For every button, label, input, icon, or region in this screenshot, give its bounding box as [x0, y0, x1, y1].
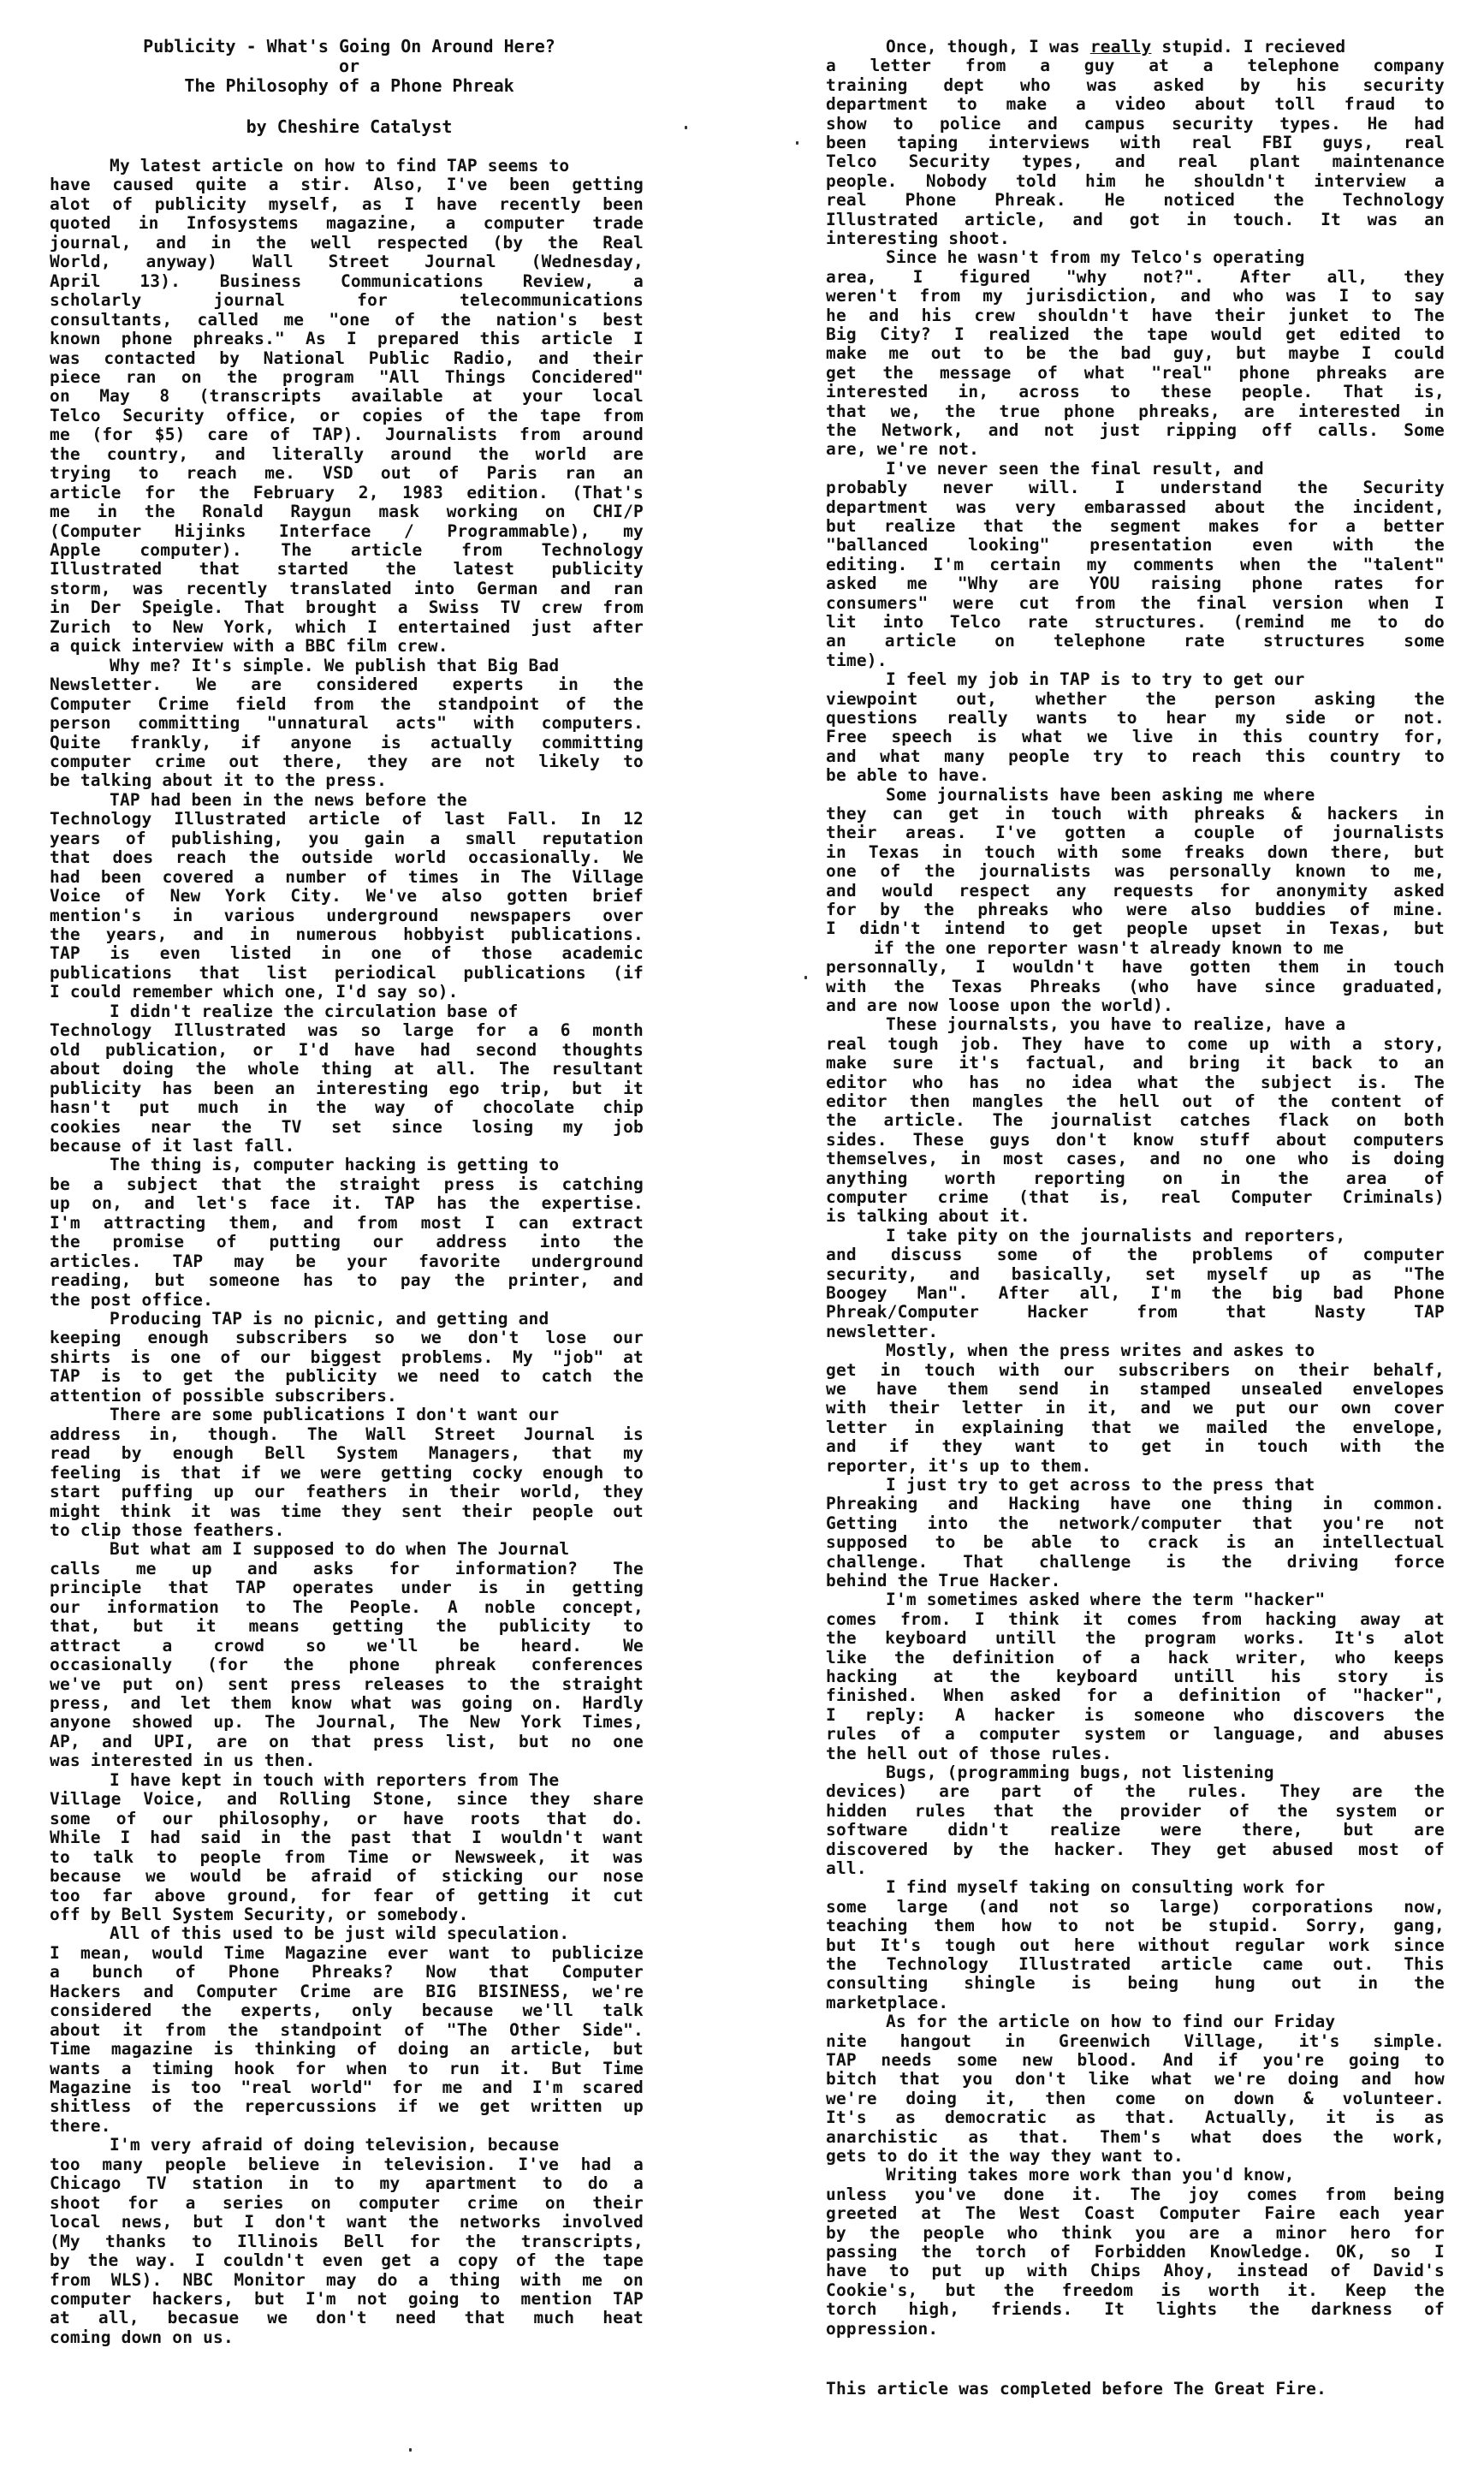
text-line: the country, and literally around the wo… — [50, 445, 644, 464]
text-line: interested in, across to these people. T… — [826, 383, 1445, 401]
text-line: consulting shingle is being hung out in … — [826, 1974, 1445, 1993]
text-line: These journalsts, you have to realize, h… — [826, 1015, 1445, 1034]
text-line: journal, and in the well respected (by t… — [50, 234, 644, 253]
text-line: passing the torch of Forbidden Knowledge… — [826, 2243, 1445, 2262]
text-line: mention's in various underground newspap… — [50, 907, 644, 925]
text-line: time). — [826, 651, 1445, 670]
text-line: cookies near the TV set since losing my … — [50, 1118, 644, 1137]
text-line: (My thanks to Illinois Bell for the tran… — [50, 2232, 644, 2251]
text-line: Telco Security office, or copies of the … — [50, 407, 644, 425]
text-line: Producing TAP is no picnic, and getting … — [50, 1310, 644, 1329]
text-line: Village Voice, and Rolling Stone, since … — [50, 1790, 644, 1809]
text-line: by the way. I couldn't even get a copy o… — [50, 2251, 644, 2270]
text-line: April 13). Business Communications Revie… — [50, 272, 644, 291]
text-line: some large (and not so large) corporatio… — [826, 1898, 1445, 1917]
text-line: bitch that you don't like what we're doi… — [826, 2070, 1445, 2089]
text-line: Time magazine is thinking of doing an ar… — [50, 2040, 644, 2059]
text-line: in Der Speigle. That brought a Swiss TV … — [50, 598, 644, 617]
text-line: area, I figured "why not?". After all, t… — [826, 268, 1445, 287]
text-line: I just try to get across to the press th… — [826, 1476, 1445, 1495]
text-line: that, but it means getting the publicity… — [50, 1617, 644, 1636]
text-line: from WLS). NBC Monitor may do a thing wi… — [50, 2271, 644, 2290]
text-line: computer crime (that is, real Computer C… — [826, 1188, 1445, 1207]
text-line: training dept who was asked by his secur… — [826, 76, 1445, 95]
text-line: scholarly journal for telecommunications — [50, 291, 644, 310]
text-line: me in the Ronald Raygun mask working on … — [50, 502, 644, 521]
text-line: the Network, and not just ripping off ca… — [826, 421, 1445, 440]
text-line: that we, the true phone phreaks, are int… — [826, 402, 1445, 421]
text-line: Illustrated article, and got in touch. I… — [826, 211, 1445, 229]
text-line: editor then mangles the hell out of the … — [826, 1092, 1445, 1111]
text-line: be talking about it to the press. — [50, 771, 644, 790]
text-line: attract a crowd so we'll be heard. We — [50, 1637, 644, 1656]
text-line: and if they want to get in touch with th… — [826, 1437, 1445, 1456]
text-line: calls me up and asks for information? Th… — [50, 1560, 644, 1578]
text-line: hidden rules that the provider of the sy… — [826, 1802, 1445, 1821]
text-line: address in, though. The Wall Street Jour… — [50, 1425, 644, 1444]
text-line: viewpoint out, whether the person asking… — [826, 690, 1445, 709]
text-line: and discuss some of the problems of comp… — [826, 1245, 1445, 1264]
text-line: are, we're not. — [826, 440, 1445, 459]
text-line: While I had said in the past that I woul… — [50, 1828, 644, 1847]
text-line: a bunch of Phone Phreaks? Now that Compu… — [50, 1963, 644, 1982]
text-line: TAP is to get the publicity we need to c… — [50, 1367, 644, 1386]
text-line: off by Bell System Security, or somebody… — [50, 1905, 644, 1924]
text-line: Getting into the network/computer that y… — [826, 1514, 1445, 1533]
text-line: World, anyway) Wall Street Journal (Wedn… — [50, 253, 644, 271]
text-line: Big City? I realized the tape would get … — [826, 325, 1445, 344]
text-line: I find myself taking on consulting work … — [826, 1878, 1445, 1897]
text-line: shirts is one of our biggest problems. M… — [50, 1348, 644, 1367]
text-line: get in touch with our subscribers on the… — [826, 1361, 1445, 1380]
text-line: AP, and UPI, are on that press list, but… — [50, 1733, 644, 1751]
text-line: unless you've done it. The joy comes fro… — [826, 2185, 1445, 2204]
text-line: department was very embarassed about the… — [826, 498, 1445, 517]
text-line: My latest article on how to find TAP see… — [50, 157, 644, 175]
text-line: computer crime out there, they are not l… — [50, 752, 644, 771]
text-line: torch high, friends. It lights the darkn… — [826, 2300, 1445, 2319]
text-line: he and his crew shouldn't have their jun… — [826, 306, 1445, 325]
article-title-or: or — [118, 56, 580, 76]
text-line: consultants, called me "one of the natio… — [50, 311, 644, 330]
text-line: Quite frankly, if anyone is actually com… — [50, 734, 644, 752]
text-line: Once, though, I was really stupid. I rec… — [826, 38, 1445, 56]
text-line: sides. These guys don't know stuff about… — [826, 1131, 1445, 1150]
text-line: weren't from my jurisdiction, and who wa… — [826, 287, 1445, 306]
text-line: been taping interviews with real FBI guy… — [826, 134, 1445, 152]
text-line: themselves, in most cases, and no one wh… — [826, 1150, 1445, 1168]
text-line: oppression. — [826, 2320, 1445, 2339]
text-line: Technology Illustrated was so large for … — [50, 1021, 644, 1040]
text-line: Voice of New York City. We've also gotte… — [50, 887, 644, 906]
text-line: editing. I'm certain my comments when th… — [826, 556, 1445, 574]
text-line: As for the article on how to find our Fr… — [826, 2012, 1445, 2031]
text-line: Bugs, (programming bugs, not listening — [826, 1763, 1445, 1782]
text-line: nite hangout in Greenwich Village, it's … — [826, 2032, 1445, 2051]
text-line: Some journalists have been asking me whe… — [826, 786, 1445, 805]
text-line: Writing takes more work than you'd know, — [826, 2166, 1445, 2185]
text-line: Technology Illustrated article of last F… — [50, 810, 644, 829]
text-line: TAP needs some new blood. And if you're … — [826, 2051, 1445, 2070]
text-line: editor who has no idea what the subject … — [826, 1073, 1445, 1092]
text-line: I have kept in touch with reporters from… — [50, 1771, 644, 1790]
text-line: articles. TAP may be your favorite under… — [50, 1252, 644, 1271]
text-line: Chicago TV station in to my apartment to… — [50, 2174, 644, 2193]
text-line: I reply: A hacker is someone who discove… — [826, 1706, 1445, 1725]
text-line: but realize that the segment makes for a… — [826, 517, 1445, 536]
text-line: Newsletter. We are considered experts in… — [50, 675, 644, 694]
text-line: keeping enough subscribers so we don't l… — [50, 1329, 644, 1347]
text-line: old publication, or I'd have had second … — [50, 1041, 644, 1060]
text-line: have caused quite a stir. Also, I've bee… — [50, 175, 644, 194]
text-line: discovered by the hacker. They get abuse… — [826, 1840, 1445, 1859]
footer-note: This article was completed before The Gr… — [826, 2380, 1445, 2399]
scan-speck — [796, 141, 798, 145]
text-line: up on, and let's face it. TAP has the ex… — [50, 1194, 644, 1213]
text-line: challenge. That challenge is the driving… — [826, 1553, 1445, 1572]
text-line: Illustrated that started the latest publ… — [50, 560, 644, 579]
text-line: I'm sometimes asked where the term "hack… — [826, 1590, 1445, 1609]
text-line: person committing "unnatural acts" with … — [50, 714, 644, 733]
text-line: security, and basically, set myself up a… — [826, 1265, 1445, 1284]
text-line: (Computer Hijinks Interface / Programmab… — [50, 522, 644, 541]
text-line: at all, becasue we don't need that much … — [50, 2309, 644, 2327]
text-line: publications that list periodical public… — [50, 964, 644, 983]
text-line: I mean, would Time Magazine ever want to… — [50, 1944, 644, 1963]
text-line: read by enough Bell System Managers, tha… — [50, 1444, 644, 1463]
text-line: in Texas in touch with some freaks down … — [826, 843, 1445, 862]
text-line: one of the journalists was personally kn… — [826, 862, 1445, 881]
text-line: to clip those feathers. — [50, 1521, 644, 1540]
text-line: because of it last fall. — [50, 1137, 644, 1156]
text-line: letter in explaining that we mailed the … — [826, 1418, 1445, 1437]
text-line: for by the phreaks who were also buddies… — [826, 901, 1445, 919]
text-line: some of our philosophy, or have roots th… — [50, 1810, 644, 1828]
text-line: behind the True Hacker. — [826, 1572, 1445, 1590]
text-line: publicity has been an interesting ego tr… — [50, 1079, 644, 1098]
text-line: attention of possible subscribers. — [50, 1387, 644, 1406]
text-line: But what am I supposed to do when The Jo… — [50, 1540, 644, 1559]
text-line: There are some publications I don't want… — [50, 1406, 644, 1424]
text-line: quoted in Infosystems magazine, a comput… — [50, 214, 644, 233]
text-line: Why me? It's simple. We publish that Big… — [50, 657, 644, 675]
text-line: Computer Crime field from the standpoint… — [50, 695, 644, 714]
text-line: the post office. — [50, 1291, 644, 1310]
text-line: reading, but someone has to pay the prin… — [50, 1271, 644, 1290]
text-line: with their letter in it, and we put our … — [826, 1399, 1445, 1418]
text-line: the Technology Illustrated article came … — [826, 1955, 1445, 1974]
text-line: occasionally (for the phone phreak confe… — [50, 1656, 644, 1674]
text-line: TAP had been in the news before the — [50, 791, 644, 810]
text-line: questions really wants to hear my side o… — [826, 709, 1445, 728]
text-line: personnally, I wouldn't have gotten them… — [826, 958, 1445, 977]
text-line: article for the February 2, 1983 edition… — [50, 484, 644, 502]
text-line: like the definition of a hack writer, wh… — [826, 1649, 1445, 1667]
text-line: but It's tough out here without regular … — [826, 1936, 1445, 1955]
text-line: they can get in touch with phreaks & hac… — [826, 805, 1445, 823]
text-line: hacking at the keyboard untill his story… — [826, 1667, 1445, 1686]
text-line: known phone phreaks." As I prepared this… — [50, 330, 644, 348]
text-line: had been covered a number of times in Th… — [50, 868, 644, 887]
text-line: shitless of the repercussions if we get … — [50, 2097, 644, 2116]
text-line: show to police and campus security types… — [826, 115, 1445, 134]
text-line: Cookie's, but the freedom is worth it. K… — [826, 2281, 1445, 2300]
text-line: reporter, it's up to them. — [826, 1457, 1445, 1476]
text-line: real tough job. They have to come up wit… — [826, 1035, 1445, 1054]
text-line: storm, was recently translated into Germ… — [50, 580, 644, 598]
text-line: a quick interview with a BBC film crew. — [50, 637, 644, 656]
text-line: Phreak/Computer Hacker from that Nasty T… — [826, 1303, 1445, 1322]
text-line: rules of a computer system or language, … — [826, 1725, 1445, 1744]
text-line: shoot for a series on computer crime on … — [50, 2194, 644, 2213]
text-line: All of this used to be just wild specula… — [50, 1924, 644, 1943]
text-line: years of publishing, you gain a small re… — [50, 829, 644, 848]
text-line: asked me "Why are YOU raising phone rate… — [826, 574, 1445, 593]
text-line: an article on telephone rate structures … — [826, 632, 1445, 651]
text-line: about it from the standpoint of "The Oth… — [50, 2021, 644, 2040]
article-title-line2: The Philosophy of a Phone Phreak — [118, 75, 580, 96]
text-line: feeling is that if we were getting cocky… — [50, 1464, 644, 1483]
text-line: anyone showed up. The Journal, The New Y… — [50, 1713, 644, 1732]
text-line: make sure it's factual, and bring it bac… — [826, 1054, 1445, 1073]
article-byline: by Cheshire Catalyst — [118, 116, 580, 137]
text-line: lit into Telco rate structures. (remind … — [826, 613, 1445, 632]
text-line: the keyboard untill the program works. I… — [826, 1629, 1445, 1648]
text-line: teaching them how to not be stupid. Sorr… — [826, 1917, 1445, 1935]
text-line: all. — [826, 1859, 1445, 1878]
text-line: Boogey Man". After all, I'm the big bad … — [826, 1284, 1445, 1303]
text-line: marketplace. — [826, 1994, 1445, 2012]
text-line: newsletter. — [826, 1323, 1445, 1341]
text-line: It's as democratic as that. Actually, it… — [826, 2108, 1445, 2127]
text-line: that does reach the outside world occasi… — [50, 848, 644, 867]
text-line: piece ran on the program "All Things Con… — [50, 368, 644, 387]
text-line: me (for $5) care of TAP). Journalists fr… — [50, 425, 644, 444]
text-line: department to make a video about toll fr… — [826, 95, 1445, 114]
scan-speck — [409, 2448, 412, 2452]
text-line: and what many people try to reach this c… — [826, 747, 1445, 766]
text-line: a letter from a guy at a telephone compa… — [826, 56, 1445, 75]
text-line: gets to do it the way they want to. — [826, 2147, 1445, 2166]
text-line: I've never seen the final result, and — [826, 460, 1445, 479]
text-line: there. — [50, 2117, 644, 2136]
text-line: if the one reporter wasn't already known… — [826, 939, 1445, 958]
text-line: real Phone Phreak. He noticed the Techno… — [826, 191, 1445, 210]
text-line: have to put up with Chips Ahoy, instead … — [826, 2262, 1445, 2280]
text-line: is talking about it. — [826, 1207, 1445, 1226]
text-line: start puffing up our feathers in their w… — [50, 1483, 644, 1501]
text-line: computer hackers, but I'm not going to m… — [50, 2290, 644, 2309]
text-line: be a subject that the straight press is … — [50, 1175, 644, 1194]
text-line: on May 8 (transcripts available at your … — [50, 387, 644, 406]
text-line: I didn't intend to get people upset in T… — [826, 919, 1445, 938]
text-line: I'm very afraid of doing television, bec… — [50, 2136, 644, 2155]
text-line: Zurich to New York, which I entertained … — [50, 618, 644, 637]
text-line: software didn't realize were there, but … — [826, 1821, 1445, 1840]
text-line: make me out to be the bad guy, but maybe… — [826, 344, 1445, 363]
text-line: coming down on us. — [50, 2328, 644, 2347]
text-line: I could remember which one, I'd say so). — [50, 983, 644, 1002]
text-line: was contacted by National Public Radio, … — [50, 349, 644, 368]
text-line: wants a timing hook for when to run it. … — [50, 2060, 644, 2078]
text-line: with the Texas Phreaks (who have since g… — [826, 978, 1445, 996]
text-line: to talk to people from Time or Newsweek,… — [50, 1848, 644, 1867]
text-line: too far above ground, for fear of gettin… — [50, 1887, 644, 1905]
text-line: TAP is even listed in one of those acade… — [50, 944, 644, 963]
text-line: we have them send in stamped unsealed en… — [826, 1380, 1445, 1399]
text-line: was interested in us then. — [50, 1751, 644, 1770]
text-line: and would respect any requests for anony… — [826, 882, 1445, 901]
text-line: "ballanced looking" presentation even wi… — [826, 536, 1445, 555]
text-line: comes from. I think it comes from hackin… — [826, 1610, 1445, 1629]
text-line: Apple computer). The article from Techno… — [50, 541, 644, 560]
text-line: I take pity on the journalists and repor… — [826, 1227, 1445, 1245]
text-line: consumers" were cut from the final versi… — [826, 594, 1445, 613]
text-line: we've put on) sent press releases to the… — [50, 1675, 644, 1694]
text-line: Phreaking and Hacking have one thing in … — [826, 1495, 1445, 1513]
text-line: Free speech is what we live in this coun… — [826, 728, 1445, 746]
text-line: get the message of what "real" phone phr… — [826, 364, 1445, 383]
text-line: because we would be afraid of sticking o… — [50, 1867, 644, 1886]
text-line: I didn't realize the circulation base of — [50, 1002, 644, 1021]
text-line: anarchistic as that. Them's what does th… — [826, 2128, 1445, 2147]
text-line: the hell out of those rules. — [826, 1745, 1445, 1763]
text-line: and are now loose upon the world). — [826, 996, 1445, 1015]
article-title-line1: Publicity - What's Going On Around Here? — [118, 36, 580, 56]
text-line: we're doing it, then come on down & volu… — [826, 2090, 1445, 2108]
text-line: Magazine is too "real world" for me and … — [50, 2078, 644, 2097]
text-line: I'm attracting them, and from most I can… — [50, 1214, 644, 1233]
text-line: too many people believe in television. I… — [50, 2155, 644, 2174]
text-line: their areas. I've gotten a couple of jou… — [826, 823, 1445, 842]
text-line: about doing the whole thing at all. The … — [50, 1060, 644, 1079]
text-line: probably never will. I understand the Se… — [826, 479, 1445, 497]
text-line: Hackers and Computer Crime are BIG BISIN… — [50, 1983, 644, 2001]
text-line: interesting shoot. — [826, 229, 1445, 248]
text-line: supposed to be able to crack is an intel… — [826, 1533, 1445, 1552]
text-line: anything worth reporting on in the area … — [826, 1169, 1445, 1188]
text-line: devices) are part of the rules. They are… — [826, 1782, 1445, 1801]
scan-speck — [804, 976, 807, 979]
text-line: be able to have. — [826, 766, 1445, 785]
text-line: our information to The People. A noble c… — [50, 1598, 644, 1617]
text-line: the article. The journalist catches flac… — [826, 1111, 1445, 1130]
text-line: the promise of putting our address into … — [50, 1233, 644, 1251]
text-line: press, and let them know what was going … — [50, 1694, 644, 1713]
text-line: Mostly, when the press writes and askes … — [826, 1341, 1445, 1360]
scan-speck — [685, 126, 687, 129]
text-line: trying to reach me. VSD out of Paris ran… — [50, 464, 644, 483]
text-line: finished. When asked for a definition of… — [826, 1686, 1445, 1705]
text-line: considered the experts, only because we'… — [50, 2001, 644, 2020]
text-line: The thing is, computer hacking is gettin… — [50, 1156, 644, 1174]
text-line: people. Nobody told him he shouldn't int… — [826, 172, 1445, 191]
text-line: alot of publicity myself, as I have rece… — [50, 195, 644, 214]
text-line: greeted at The West Coast Computer Faire… — [826, 2204, 1445, 2223]
text-line: Since he wasn't from my Telco's operatin… — [826, 248, 1445, 267]
text-line: the years, and in numerous hobbyist publ… — [50, 925, 644, 944]
text-line: I feel my job in TAP is to try to get ou… — [826, 670, 1445, 689]
text-line: Telco Security types, and real plant mai… — [826, 152, 1445, 171]
text-line: hasn't put much in the way of chocolate … — [50, 1098, 644, 1117]
text-line: local news, but I don't want the network… — [50, 2213, 644, 2232]
text-line: might think it was time they sent their … — [50, 1502, 644, 1521]
text-line: by the people who think you are a minor … — [826, 2224, 1445, 2243]
text-line: principle that TAP operates under is in … — [50, 1578, 644, 1597]
